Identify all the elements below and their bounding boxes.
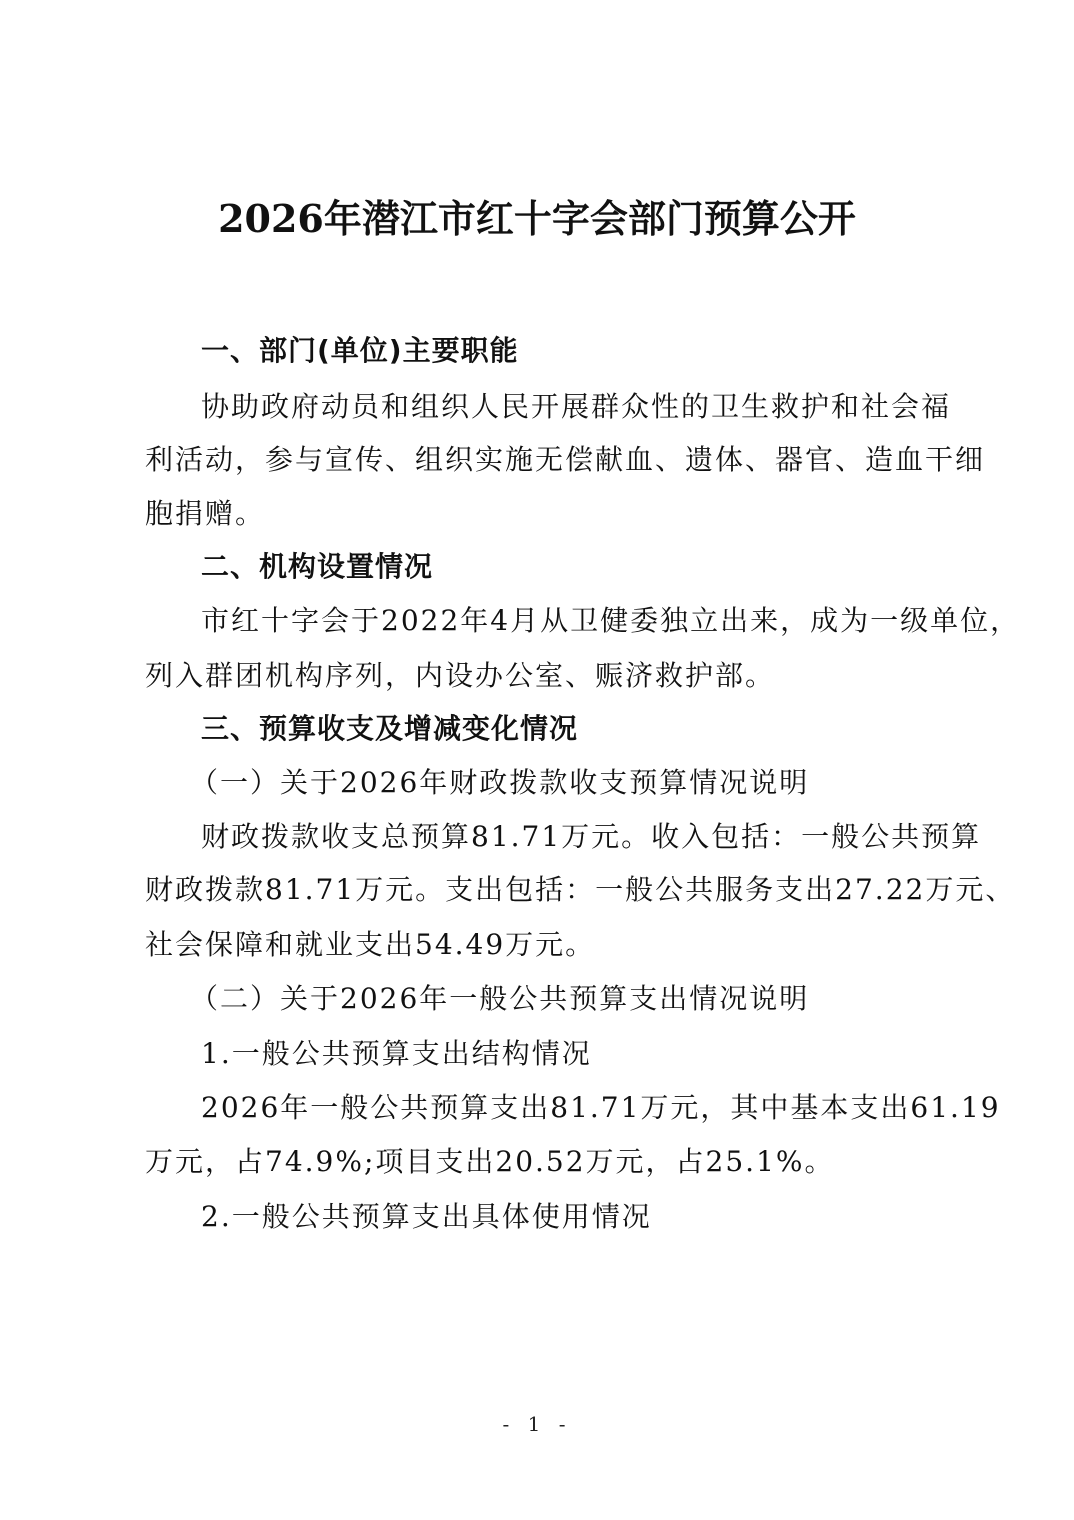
paragraph-line: 列入群团机构序列，内设办公室、赈济救护部。: [145, 656, 775, 696]
paragraph-line: 万元，占74.9%;项目支出20.52万元，占25.1%。: [145, 1142, 835, 1182]
paragraph-line: 财政拨款81.71万元。支出包括：一般公共服务支出27.22万元、: [145, 870, 940, 910]
subsection-heading-general-budget: （二）关于2026年一般公共预算支出情况说明: [190, 979, 809, 1019]
section-heading-organization: 二、机构设置情况: [201, 547, 433, 587]
item-heading-usage: 2.一般公共预算支出具体使用情况: [201, 1197, 652, 1237]
document-title: 2026年潜江市红十字会部门预算公开: [0, 193, 1074, 245]
paragraph-line: 财政拨款收支总预算81.71万元。收入包括：一般公共预算: [201, 817, 941, 857]
paragraph-line: 社会保障和就业支出54.49万元。: [145, 925, 595, 965]
paragraph-line: 2026年一般公共预算支出81.71万元，其中基本支出61.19: [201, 1088, 941, 1128]
page-number: - 1 -: [0, 1410, 1074, 1438]
document-page: 2026年潜江市红十字会部门预算公开 一、部门(单位)主要职能 协助政府动员和组…: [0, 0, 1074, 1520]
paragraph-line: 协助政府动员和组织人民开展群众性的卫生救护和社会福: [201, 387, 941, 427]
paragraph-line: 市红十字会于2022年4月从卫健委独立出来，成为一级单位，: [201, 601, 941, 641]
section-heading-budget: 三、预算收支及增减变化情况: [201, 709, 578, 749]
item-heading-structure: 1.一般公共预算支出结构情况: [201, 1034, 592, 1074]
subsection-heading-fiscal: （一）关于2026年财政拨款收支预算情况说明: [190, 763, 809, 803]
paragraph-line: 胞捐赠。: [145, 494, 265, 534]
paragraph-line: 利活动，参与宣传、组织实施无偿献血、遗体、器官、造血干细: [145, 440, 940, 480]
section-heading-functions: 一、部门(单位)主要职能: [201, 331, 519, 371]
